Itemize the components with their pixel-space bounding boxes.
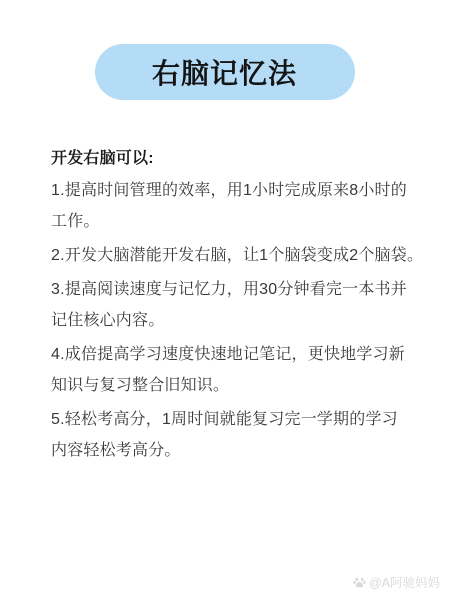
benefit-item-2: 2.开发大脑潜能开发右脑，让1个脑袋变成2个脑袋。 — [51, 240, 443, 271]
watermark-text: @A阿驰妈妈 — [369, 573, 440, 591]
title-pill: 右脑记忆法 — [95, 44, 355, 100]
benefit-item-4: 4.成倍提高学习速度快速地记笔记，更快地学习新 知识与复习整合旧知识。 — [51, 339, 443, 401]
benefit-item-1: 1.提高时间管理的效率，用1小时完成原来8小时的 工作。 — [51, 175, 443, 237]
page-title: 右脑记忆法 — [152, 52, 297, 92]
watermark: @A阿驰妈妈 — [353, 573, 440, 591]
benefit-item-5: 5.轻松考高分，1周时间就能复习完一学期的学习 内容轻松考高分。 — [51, 404, 443, 466]
content-block: 开发右脑可以: 1.提高时间管理的效率，用1小时完成原来8小时的 工作。 2.开… — [51, 143, 443, 469]
paw-icon — [353, 576, 366, 589]
benefit-item-3: 3.提高阅读速度与记忆力，用30分钟看完一本书并 记住核心内容。 — [51, 274, 443, 336]
content-heading: 开发右脑可以: — [51, 143, 443, 174]
page-root: 右脑记忆法 开发右脑可以: 1.提高时间管理的效率，用1小时完成原来8小时的 工… — [0, 0, 449, 600]
